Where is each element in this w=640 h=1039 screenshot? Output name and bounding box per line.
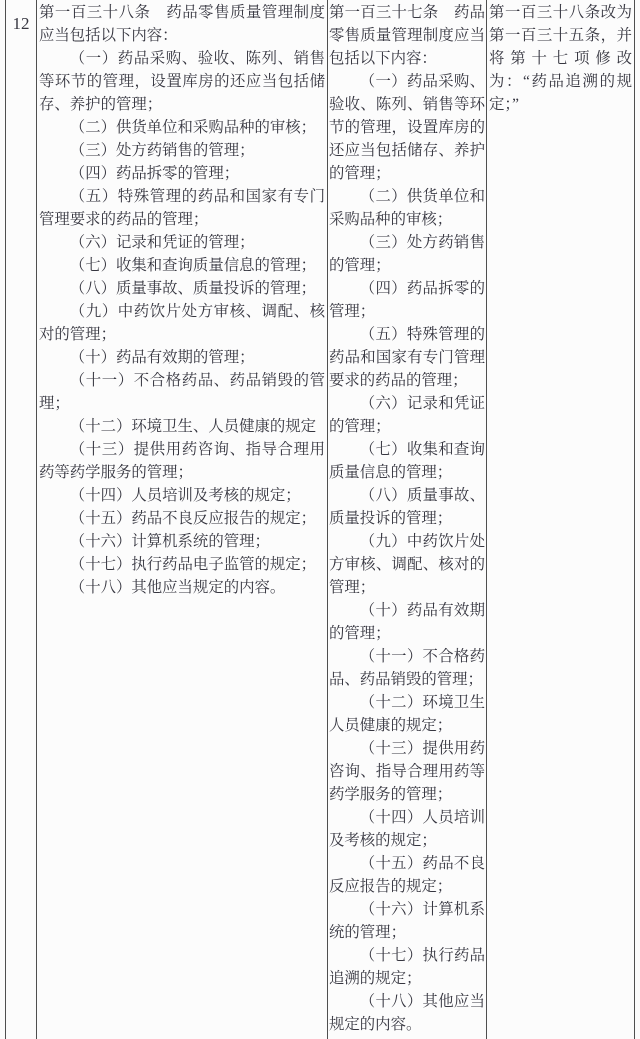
paragraph: （十二）环境卫生、人员健康的规定 — [39, 415, 325, 438]
paragraph: （十三）提供用药咨询、指导合理用药等药学服务的管理； — [39, 438, 325, 484]
paragraph: （三）处方药销售的管理； — [39, 139, 325, 162]
paragraph: （十七）执行药品追溯的规定； — [329, 944, 485, 990]
paragraph: （六）记录和凭证的管理； — [39, 231, 325, 254]
paragraph: （十一）不合格药品、药品销毁的管理； — [329, 645, 485, 691]
paragraph: （十）药品有效期的管理； — [329, 599, 485, 645]
row-number-cell: 12 — [6, 0, 37, 1039]
document-page: 12 第一百三十八条 药品零售质量管理制度应当包括以下内容：（一）药品采购、验收… — [0, 0, 640, 1039]
paragraph: （十三）提供用药咨询、指导合理用药等药学服务的管理； — [329, 737, 485, 806]
paragraph: （十五）药品不良反应报告的规定； — [39, 507, 325, 530]
regulation-comparison-table: 12 第一百三十八条 药品零售质量管理制度应当包括以下内容：（一）药品采购、验收… — [5, 0, 635, 1039]
paragraph: （十一）不合格药品、药品销毁的管理； — [39, 369, 325, 415]
paragraph: （七）收集和查询质量信息的管理； — [39, 254, 325, 277]
paragraph: （六）记录和凭证的管理； — [329, 392, 485, 438]
paragraph: （五）特殊管理的药品和国家有专门管理要求的药品的管理； — [39, 185, 325, 231]
paragraph: （一）药品采购、验收、陈列、销售等环节的管理，设置库房的还应当包括储存、养护的管… — [329, 70, 485, 185]
paragraph: （一）药品采购、验收、陈列、销售等环节的管理，设置库房的还应当包括储存、养护的管… — [39, 47, 325, 116]
column-old-law: 第一百三十八条 药品零售质量管理制度应当包括以下内容：（一）药品采购、验收、陈列… — [37, 0, 328, 1039]
paragraph: 第一百三十八条 药品零售质量管理制度应当包括以下内容： — [39, 1, 325, 47]
column-new-law: 第一百三十七条 药品零售质量管理制度应当包括以下内容：（一）药品采购、验收、陈列… — [328, 0, 487, 1039]
paragraph: （十六）计算机系统的管理； — [329, 898, 485, 944]
paragraph: （十五）药品不良反应报告的规定； — [329, 852, 485, 898]
paragraph: （五）特殊管理的药品和国家有专门管理要求的药品的管理； — [329, 323, 485, 392]
paragraph: （八）质量事故、质量投诉的管理； — [329, 484, 485, 530]
paragraph: （二）供货单位和采购品种的审核； — [39, 116, 325, 139]
paragraph: （十七）执行药品电子监管的规定； — [39, 553, 325, 576]
paragraph: （八）质量事故、质量投诉的管理； — [39, 277, 325, 300]
paragraph: （九）中药饮片处方审核、调配、核对的管理； — [39, 300, 325, 346]
column-amendment: 第一百三十八条改为第一百三十五条，并将第十七项修改为：“药品追溯的规定；” — [487, 0, 634, 1039]
paragraph: （三）处方药销售的管理； — [329, 231, 485, 277]
paragraph: （十八）其他应当规定的内容。 — [329, 990, 485, 1036]
paragraph: （四）药品拆零的管理； — [39, 162, 325, 185]
paragraph: （十四）人员培训及考核的规定； — [39, 484, 325, 507]
paragraph: 第一百三十七条 药品零售质量管理制度应当包括以下内容： — [329, 1, 485, 70]
paragraph: （七）收集和查询质量信息的管理； — [329, 438, 485, 484]
paragraph: （九）中药饮片处方审核、调配、核对的管理； — [329, 530, 485, 599]
paragraph: （二）供货单位和采购品种的审核； — [329, 185, 485, 231]
row-number: 12 — [13, 14, 30, 33]
paragraph: （四）药品拆零的管理； — [329, 277, 485, 323]
paragraph: （十二）环境卫生人员健康的规定； — [329, 691, 485, 737]
paragraph: （十六）计算机系统的管理； — [39, 530, 325, 553]
paragraph: （十八）其他应当规定的内容。 — [39, 576, 325, 599]
paragraph: （十四）人员培训及考核的规定； — [329, 806, 485, 852]
paragraph: 第一百三十八条改为第一百三十五条，并将第十七项修改为：“药品追溯的规定；” — [489, 1, 632, 116]
paragraph: （十）药品有效期的管理； — [39, 346, 325, 369]
